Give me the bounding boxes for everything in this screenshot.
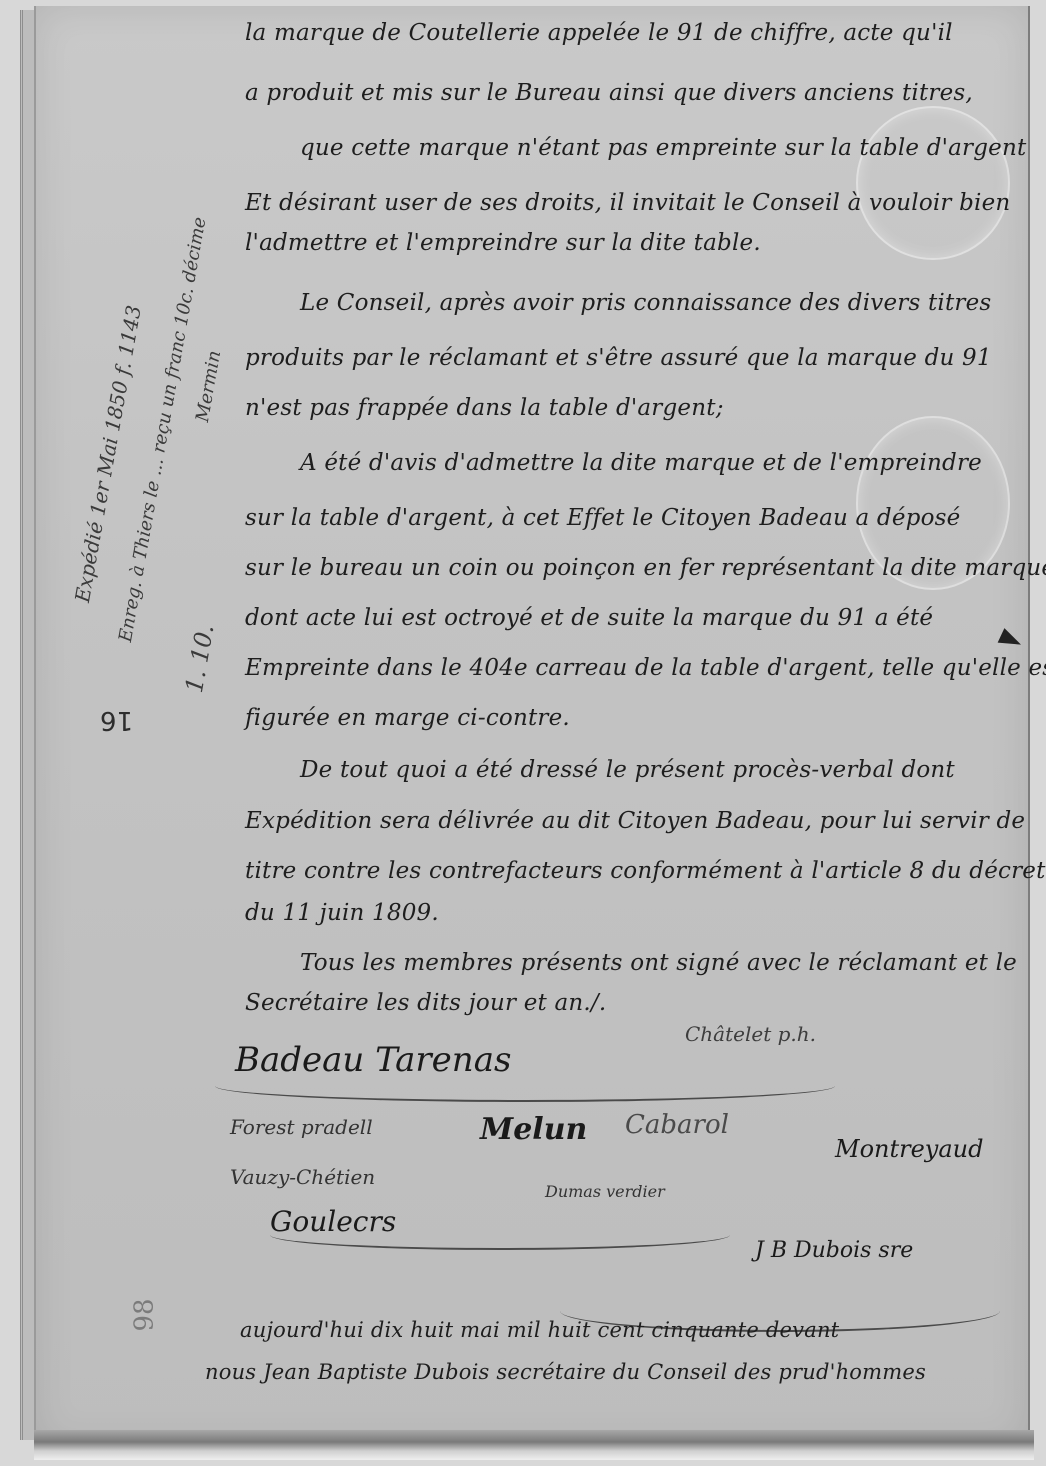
- body-line: sur la table d'argent, à cet Effet le Ci…: [245, 505, 960, 531]
- pencil-number: 98: [130, 1298, 160, 1331]
- body-line: produits par le réclamant et s'être assu…: [245, 345, 992, 371]
- signature: Montreyaud: [835, 1135, 984, 1163]
- body-line: a produit et mis sur le Bureau ainsi que…: [245, 80, 973, 106]
- embossed-seal-top: [856, 106, 1010, 260]
- closing-line: nous Jean Baptiste Dubois secrétaire du …: [205, 1360, 926, 1384]
- body-line: l'admettre et l'empreindre sur la dite t…: [245, 230, 761, 256]
- body-line: Et désirant user de ses droits, il invit…: [245, 190, 1010, 216]
- body-line: A été d'avis d'admettre la dite marque e…: [300, 450, 982, 476]
- closing-line: aujourd'hui dix huit mai mil huit cent c…: [240, 1318, 839, 1342]
- body-line: la marque de Coutellerie appelée le 91 d…: [245, 20, 953, 46]
- body-line: Secrétaire les dits jour et an./.: [245, 990, 606, 1016]
- signature-flourish: [270, 1220, 730, 1250]
- body-line: du 11 juin 1809.: [245, 900, 439, 926]
- body-line: Tous les membres présents ont signé avec…: [300, 950, 1017, 976]
- body-line: dont acte lui est octroyé et de suite la…: [245, 605, 933, 631]
- signature: Melun: [480, 1112, 587, 1147]
- signature: Dumas verdier: [545, 1182, 665, 1201]
- signature: Châtelet p.h.: [685, 1022, 816, 1046]
- signature: Cabarol: [625, 1110, 729, 1140]
- photo-frame: Expédié 1er Mai 1850 f. 1143 Enreg. à Th…: [0, 0, 1046, 1466]
- page-bottom-edge: [34, 1430, 1034, 1460]
- body-line: titre contre les contrefacteurs conformé…: [245, 858, 1046, 884]
- body-line: Expédition sera délivrée au dit Citoyen …: [245, 808, 1025, 834]
- signature: Forest pradell: [230, 1115, 373, 1139]
- signature: J B Dubois sre: [755, 1238, 913, 1263]
- signature: Vauzy-Chétien: [230, 1165, 375, 1189]
- body-line: Le Conseil, après avoir pris connaissanc…: [300, 290, 991, 316]
- body-line: n'est pas frappée dans la table d'argent…: [245, 395, 724, 421]
- body-line: sur le bureau un coin ou poinçon en fer …: [245, 555, 1046, 581]
- body-line: que cette marque n'étant pas empreinte s…: [300, 135, 1026, 161]
- body-line: Empreinte dans le 404e carreau de la tab…: [245, 655, 1046, 681]
- signature-flourish: [215, 1070, 835, 1102]
- body-line: figurée en marge ci-contre.: [245, 705, 570, 731]
- body-line: De tout quoi a été dressé le présent pro…: [300, 757, 955, 783]
- page-number-stamp: 16: [100, 705, 133, 735]
